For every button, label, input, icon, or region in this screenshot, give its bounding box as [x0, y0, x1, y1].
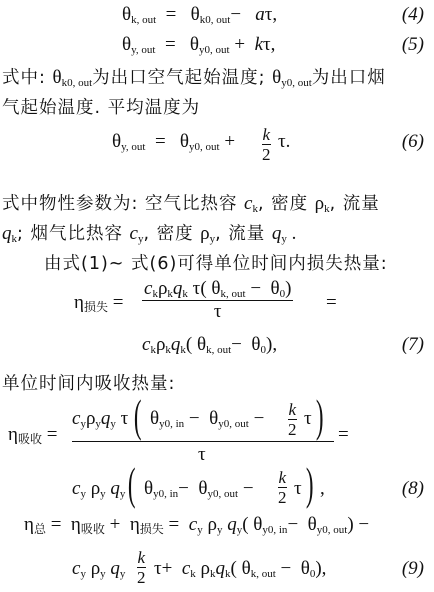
subscript: y0, in: [159, 418, 184, 430]
equals: =: [113, 292, 124, 313]
theta-symbol: θ: [52, 67, 61, 88]
operator: −: [230, 4, 241, 25]
coefficient: k: [255, 34, 263, 55]
theta-symbol: θ: [198, 478, 207, 499]
theta-symbol: θ: [150, 408, 159, 429]
rho-symbol: ρ: [91, 478, 100, 499]
numerator: k: [288, 400, 297, 419]
theta-symbol: θ: [272, 67, 281, 88]
subscript: y0, out: [199, 44, 230, 56]
subscript: y: [120, 488, 126, 500]
subscript: y: [100, 488, 106, 500]
subscript: y: [197, 524, 203, 536]
text: 单位时间内吸收热量:: [2, 374, 175, 394]
tau-symbol: τ,: [263, 34, 275, 55]
equation-number: (9): [402, 558, 424, 580]
numerator: k: [262, 125, 271, 144]
operator: −: [254, 408, 265, 429]
equation-number: (7): [402, 334, 424, 356]
symbol: c: [130, 223, 138, 244]
text: , 密度: [258, 194, 315, 214]
text: 由式(1)~ 式(6)可得单位时间内损失热量:: [44, 254, 388, 274]
right-paren: ): [316, 396, 324, 436]
paren: ),: [315, 558, 326, 579]
denominator: 2: [262, 144, 271, 164]
subscript: 损失: [140, 522, 164, 536]
equation-9: η总 = η吸收 + η损失 = cy ρy qy( θy0, in− θy0,…: [0, 514, 434, 592]
theta-symbol: θ: [191, 4, 200, 25]
equation-7: η损失 = ckρkqk τ( θk, out − θ0) τ = ckρkqk…: [0, 278, 434, 368]
operator: +: [162, 558, 173, 579]
equation-number: (6): [402, 131, 424, 153]
paren: (: [242, 514, 248, 535]
theta-symbol: θ: [112, 131, 121, 152]
rho-symbol: ρ: [158, 278, 167, 299]
theta-symbol: θ: [190, 34, 199, 55]
theta-symbol: θ: [197, 334, 206, 355]
equation-number: (5): [402, 34, 424, 56]
eta-symbol: η: [71, 514, 81, 535]
tau-symbol: τ: [154, 558, 162, 579]
subscript: k, out: [206, 344, 231, 356]
subscript: y: [110, 418, 116, 430]
text: 为出口烟: [312, 68, 386, 88]
paren: ): [285, 278, 291, 299]
subscript: y: [217, 524, 223, 536]
theta-symbol: θ: [209, 408, 218, 429]
symbol: q: [173, 278, 183, 299]
rho-symbol: ρ: [200, 223, 209, 244]
fraction: k 2: [288, 400, 297, 439]
paren: ),: [266, 334, 277, 355]
operator: +: [234, 34, 245, 55]
rho-symbol: ρ: [315, 193, 324, 214]
theta-symbol: θ: [122, 34, 131, 55]
equals: =: [165, 34, 176, 55]
theta-symbol: θ: [308, 514, 317, 535]
paragraph-line: 由式(1)~ 式(6)可得单位时间内损失热量:: [44, 250, 434, 275]
fraction: k 2: [137, 548, 146, 587]
text: 气起始温度. 平均温度为: [2, 98, 200, 118]
subscript: y0, out: [208, 488, 239, 500]
theta-symbol: θ: [242, 558, 251, 579]
fraction-bar: [72, 441, 334, 442]
symbol: q: [227, 514, 237, 535]
operator: −: [287, 514, 298, 535]
subscript: k: [182, 288, 188, 300]
operator: −: [231, 334, 242, 355]
operator: −: [358, 514, 369, 535]
subscript: k0, out: [200, 14, 231, 26]
subscript: y: [80, 568, 86, 580]
subscript: y0, in: [262, 524, 287, 536]
theta-symbol: θ: [271, 278, 280, 299]
equals: =: [326, 292, 337, 314]
tau-symbol: τ: [121, 408, 129, 429]
theta-symbol: θ: [253, 514, 262, 535]
operator: −: [281, 558, 292, 579]
subscript: y: [120, 568, 126, 580]
text: , 密度: [143, 224, 200, 244]
text: , 流量: [215, 224, 272, 244]
symbol: q: [272, 223, 282, 244]
paren: (: [231, 558, 237, 579]
right-paren: ): [306, 464, 314, 504]
numerator: k: [137, 548, 146, 567]
theta-symbol: θ: [144, 478, 153, 499]
symbol: q: [101, 408, 111, 429]
paren: ): [347, 514, 353, 535]
subscript: y0, out: [281, 77, 312, 89]
operator: −: [178, 478, 189, 499]
theta-symbol: θ: [180, 131, 189, 152]
comma: ,: [320, 478, 325, 500]
theta-symbol: θ: [211, 278, 220, 299]
eta-symbol: η: [74, 292, 84, 313]
text: 式中:: [2, 68, 52, 88]
text: ; 烟气比热容: [17, 224, 130, 244]
subscript: k, out: [251, 568, 276, 580]
subscript: y0, out: [189, 141, 220, 153]
symbol: q: [110, 558, 120, 579]
subscript: y0, out: [218, 418, 249, 430]
tau-symbol: τ: [304, 408, 312, 430]
equals: =: [47, 424, 58, 445]
denominator: τ: [142, 300, 293, 323]
subscript: y, out: [131, 44, 155, 56]
paren: (: [200, 278, 206, 299]
symbol: q: [110, 478, 120, 499]
rho-symbol: ρ: [201, 558, 210, 579]
equals: =: [51, 514, 62, 535]
paragraph-line: qk; 烟气比热容 cy, 密度 ρy, 流量 qy .: [2, 220, 434, 245]
subscript: k, out: [131, 14, 156, 26]
denominator: 2: [278, 487, 287, 507]
text: , 流量: [330, 194, 380, 214]
rho-symbol: ρ: [156, 334, 165, 355]
subscript: y: [100, 568, 106, 580]
subscript: y, out: [121, 141, 145, 153]
theta-symbol: θ: [122, 4, 131, 25]
paren: (: [186, 334, 192, 355]
tau-symbol: τ,: [265, 4, 277, 25]
theta-symbol: θ: [251, 334, 260, 355]
equation-number: (8): [402, 478, 424, 500]
operator: +: [224, 131, 235, 152]
rho-symbol: ρ: [86, 408, 95, 429]
operator: −: [250, 278, 261, 299]
equals: =: [169, 514, 180, 535]
theta-symbol: θ: [301, 558, 310, 579]
text: .: [287, 223, 297, 244]
symbol: c: [189, 514, 197, 535]
equation-8: η吸收 = cyρyqy τ ( θy0, in − θy0, out − k …: [0, 398, 434, 508]
denominator: 2: [288, 419, 297, 439]
tau-symbol: τ.: [278, 131, 290, 153]
left-paren: (: [128, 464, 136, 504]
numerator: k: [278, 468, 287, 487]
equation-number: (4): [402, 4, 424, 26]
symbol: q: [171, 334, 181, 355]
equation-6: θy, out = θy0, out + k 2 τ. (6): [0, 125, 434, 175]
subscript: 吸收: [18, 432, 42, 446]
tau-symbol: τ: [294, 478, 302, 500]
subscript: y0, in: [153, 488, 178, 500]
fraction: ckρkqk τ( θk, out − θ0) τ: [142, 278, 293, 323]
equals: =: [166, 4, 177, 25]
subscript: 总: [34, 522, 46, 536]
denominator: τ: [198, 444, 206, 466]
fraction: k 2: [262, 125, 271, 164]
eta-symbol: η: [8, 424, 18, 445]
text: 为出口空气起始温度;: [92, 68, 272, 88]
eta-symbol: η: [24, 514, 34, 535]
subscript: k: [190, 568, 196, 580]
symbol: q: [2, 223, 12, 244]
equals: =: [338, 424, 349, 446]
eta-symbol: η: [130, 514, 140, 535]
equals: =: [155, 131, 166, 152]
subscript: k0, out: [62, 77, 93, 89]
operator: +: [110, 514, 121, 535]
text: 式中物性参数为: 空气比热容: [2, 194, 244, 214]
denominator: 2: [137, 567, 146, 587]
subscript: y0, out: [317, 524, 348, 536]
rho-symbol: ρ: [91, 558, 100, 579]
subscript: 损失: [84, 300, 108, 314]
coefficient: a: [255, 4, 265, 25]
operator: −: [189, 408, 200, 429]
operator: −: [243, 478, 254, 499]
subscript: k, out: [221, 288, 246, 300]
fraction: k 2: [278, 468, 287, 507]
paragraph-line: 气起始温度. 平均温度为: [2, 94, 434, 119]
left-paren: (: [134, 396, 142, 436]
paragraph-line: 式中物性参数为: 空气比热容 ck, 密度 ρk, 流量: [2, 190, 434, 215]
subscript: 吸收: [81, 522, 105, 536]
numerator: ckρkqk τ( θk, out − θ0): [142, 278, 293, 300]
paragraph-line: 式中: θk0, out为出口空气起始温度; θy0, out为出口烟: [2, 64, 434, 89]
rho-symbol: ρ: [207, 514, 216, 535]
paragraph-line: 单位时间内吸收热量:: [2, 370, 434, 395]
symbol: q: [216, 558, 226, 579]
subscript: y: [80, 488, 86, 500]
